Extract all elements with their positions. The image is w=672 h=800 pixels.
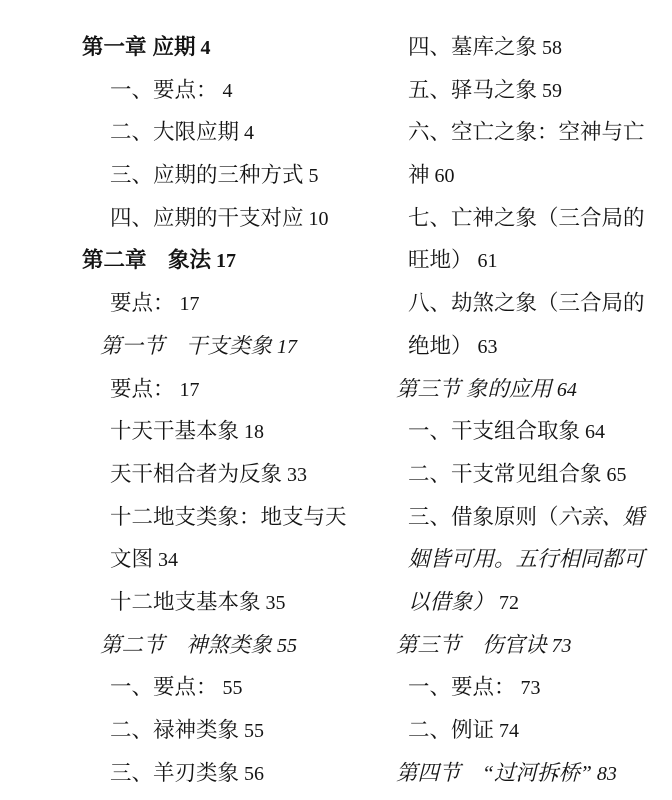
toc-entry-item: 神 60	[408, 154, 666, 197]
entry-text-kaiti: 第三节 象的应用	[396, 377, 552, 401]
toc-entry-item: 五、驿马之象 59	[408, 69, 666, 112]
entry-text: 三、借象原则（	[408, 505, 559, 529]
entry-text: 一、干支组合取象	[408, 419, 580, 443]
page-number: 64	[552, 379, 577, 401]
toc-entry-item: 文图 34	[110, 538, 362, 581]
toc-column-right: 四、墓库之象 58五、驿马之象 59六、空亡之象：空神与亡神 60七、亡神之象（…	[396, 26, 666, 794]
page-number: 55	[239, 720, 264, 742]
entry-text: 二、干支常见组合象	[408, 462, 602, 486]
entry-text: 八、劫煞之象（三合局的	[408, 291, 645, 315]
toc-entry-item: 三、应期的三种方式 5	[110, 154, 362, 197]
entry-text: 十天干基本象	[110, 419, 239, 443]
page-number: 17	[211, 250, 236, 272]
toc-entry-item: 一、要点： 73	[408, 666, 666, 709]
toc-column-left: 第一章 应期 4一、要点： 4二、大限应期 4三、应期的三种方式 5四、应期的干…	[82, 26, 362, 794]
page-number: 63	[473, 336, 498, 358]
toc-entry-item: 二、大限应期 4	[110, 111, 362, 154]
entry-text-kaiti: 姻皆可用。五行相同都可	[408, 547, 645, 571]
toc-entry-item: 一、干支组合取象 64	[408, 410, 666, 453]
entry-text: 天干相合者为反象	[110, 462, 282, 486]
toc-entry-item: 四、应期的干支对应 10	[110, 197, 362, 240]
page-number: 17	[272, 336, 297, 358]
entry-text: 十二地支基本象	[110, 590, 261, 614]
page-number: 73	[516, 677, 541, 699]
toc-entry-item: 十天干基本象 18	[110, 410, 362, 453]
page-number: 18	[239, 421, 264, 443]
toc-entry-item: 三、借象原则（六亲、婚	[408, 496, 666, 539]
page-number: 65	[602, 464, 627, 486]
toc-entry-item: 要点： 17	[110, 282, 362, 325]
toc-entry-item: 八、劫煞之象（三合局的	[408, 282, 666, 325]
page-number: 61	[473, 250, 498, 272]
toc-entry-item: 以借象） 72	[408, 581, 666, 624]
toc-entry-item: 二、干支常见组合象 65	[408, 453, 666, 496]
page-number: 10	[304, 208, 329, 230]
toc-entry-item: 六、空亡之象：空神与亡	[408, 111, 666, 154]
entry-text: 旺地）	[408, 248, 473, 272]
entry-text: 五、驿马之象	[408, 78, 537, 102]
entry-text: 第一章 应期	[82, 35, 195, 59]
toc-entry-item: 二、例证 74	[408, 709, 666, 752]
entry-text-kaiti: 第二节 神煞类象	[100, 633, 272, 657]
entry-text: 要点：	[110, 377, 175, 401]
toc-entry-item: 二、禄神类象 55	[110, 709, 362, 752]
toc-entry-item: 旺地） 61	[408, 239, 666, 282]
page-number: 60	[430, 165, 455, 187]
entry-text: 第二章 象法	[82, 248, 211, 272]
page-number: 74	[494, 720, 519, 742]
entry-text: 一、要点：	[110, 675, 218, 699]
entry-text: 二、大限应期	[110, 120, 239, 144]
entry-text: 二、禄神类象	[110, 718, 239, 742]
entry-text-kaiti: 第三节 伤官诀	[396, 633, 547, 657]
page-number: 17	[175, 293, 200, 315]
page-number: 4	[218, 80, 233, 102]
page-number: 72	[494, 592, 519, 614]
entry-text: 神	[408, 163, 430, 187]
entry-text: 二、例证	[408, 718, 494, 742]
page-number: 73	[547, 635, 572, 657]
toc-entry-chapter: 第二章 象法 17	[82, 239, 362, 282]
entry-text: 四、墓库之象	[408, 35, 537, 59]
page-number: 4	[239, 122, 254, 144]
toc-entry-chapter: 第一章 应期 4	[82, 26, 362, 69]
entry-text-kaiti: 六亲、婚	[559, 505, 645, 529]
entry-text-kaiti: 以借象）	[408, 590, 494, 614]
page-number: 58	[537, 37, 562, 59]
toc-entry-section: 第三节 伤官诀 73	[396, 624, 666, 667]
toc-entry-item: 绝地） 63	[408, 325, 666, 368]
page-number: 55	[218, 677, 243, 699]
toc-entry-section: 第四节 “过河拆桥” 83	[396, 752, 666, 795]
entry-text: 一、要点：	[408, 675, 516, 699]
toc-entry-item: 一、要点： 4	[110, 69, 362, 112]
toc-entry-section: 第二节 神煞类象 55	[100, 624, 362, 667]
page-number: 34	[153, 549, 178, 571]
toc-entry-item: 三、羊刃类象 56	[110, 752, 362, 795]
entry-text: 一、要点：	[110, 78, 218, 102]
entry-text: 三、应期的三种方式	[110, 163, 304, 187]
toc-page: 第一章 应期 4一、要点： 4二、大限应期 4三、应期的三种方式 5四、应期的干…	[0, 0, 672, 800]
entry-text: 四、应期的干支对应	[110, 206, 304, 230]
entry-text-kaiti: 第四节 “过河拆桥”	[396, 761, 592, 785]
page-number: 55	[272, 635, 297, 657]
toc-entry-section: 第三节 象的应用 64	[396, 368, 666, 411]
entry-text: 七、亡神之象（三合局的	[408, 206, 645, 230]
page-number: 83	[592, 763, 617, 785]
toc-entry-item: 四、墓库之象 58	[408, 26, 666, 69]
toc-entry-section: 第一节 干支类象 17	[100, 325, 362, 368]
page-number: 33	[282, 464, 307, 486]
entry-text: 要点：	[110, 291, 175, 315]
toc-entry-item: 七、亡神之象（三合局的	[408, 197, 666, 240]
page-number: 56	[239, 763, 264, 785]
entry-text: 绝地）	[408, 334, 473, 358]
page-number: 59	[537, 80, 562, 102]
toc-entry-item: 天干相合者为反象 33	[110, 453, 362, 496]
page-number: 17	[175, 379, 200, 401]
entry-text: 三、羊刃类象	[110, 761, 239, 785]
entry-text: 十二地支类象：地支与天	[110, 505, 347, 529]
toc-entry-item: 要点： 17	[110, 368, 362, 411]
toc-entry-item: 十二地支基本象 35	[110, 581, 362, 624]
entry-text-kaiti: 第一节 干支类象	[100, 334, 272, 358]
entry-text: 文图	[110, 547, 153, 571]
page-number: 64	[580, 421, 605, 443]
page-number: 5	[304, 165, 319, 187]
toc-entry-item: 一、要点： 55	[110, 666, 362, 709]
page-number: 4	[195, 37, 210, 59]
toc-entry-item: 十二地支类象：地支与天	[110, 496, 362, 539]
toc-entry-item: 姻皆可用。五行相同都可	[408, 538, 666, 581]
page-number: 35	[261, 592, 286, 614]
entry-text: 六、空亡之象：空神与亡	[408, 120, 645, 144]
